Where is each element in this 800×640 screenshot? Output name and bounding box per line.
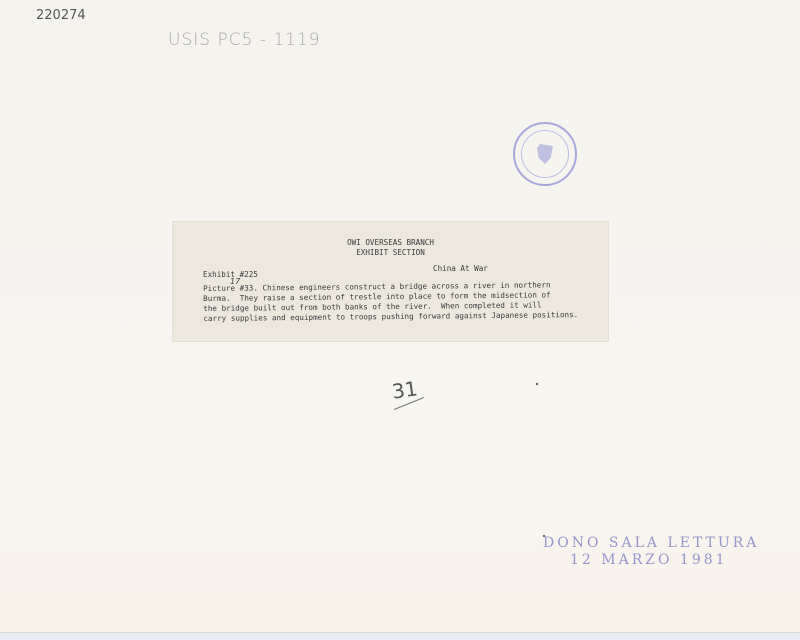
caption-series-title: China At War — [433, 264, 488, 274]
caption-body: Picture #33. Chinese engineers construct… — [203, 280, 603, 324]
caption-header-branch: OWI OVERSEAS BRANCH — [173, 238, 608, 248]
donation-stamp-date: 12 MARZO 1981 — [570, 552, 728, 568]
donation-stamp-line1: DONO SALA LETTURA — [543, 535, 759, 551]
round-library-stamp — [513, 122, 577, 186]
caption-header-section: EXHIBIT SECTION — [173, 248, 608, 258]
handwritten-catalog-number: 220274 — [36, 8, 86, 23]
handwritten-reference: USIS PC5 - 1119 — [168, 30, 321, 50]
stamp-inner-ring — [521, 130, 569, 178]
sheet-bottom-edge — [0, 632, 800, 640]
ink-speck — [536, 383, 538, 385]
shield-emblem-icon — [537, 144, 553, 164]
caption-label: OWI OVERSEAS BRANCH EXHIBIT SECTION Chin… — [173, 222, 608, 341]
